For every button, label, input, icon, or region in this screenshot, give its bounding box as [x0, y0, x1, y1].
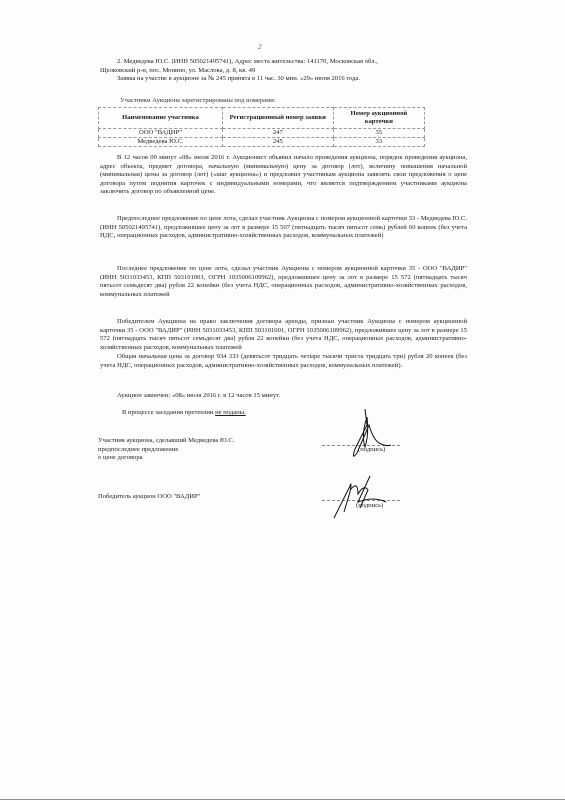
cell-registration-number: 245 [222, 138, 333, 147]
cell-participant-name: ООО "ВАДИР" [99, 129, 223, 138]
claims-label: В процессе заседания претензии [122, 409, 213, 416]
participant-2-address: 2. Медведева Ю.С. (ИНН 505021495741), Ад… [100, 58, 467, 67]
table-header-row: Наименование участника Регистрационный н… [99, 108, 425, 129]
cell-participant-name: Медведева Ю.С. [99, 138, 223, 147]
cell-registration-number: 247 [222, 129, 333, 138]
participant-label-line1: Участник аукциона, сделавший Медведева Ю… [98, 437, 234, 446]
auction-closed-line: Аукцион закончен: «08» июля 2016 г. в 12… [100, 392, 467, 401]
participant-2-address-cont: Щелковский р-н, пос. Монино, ул. Маслова… [100, 67, 467, 76]
winner-signature-label: Победитель аукцион ООО "ВАДИР" [98, 493, 200, 502]
winner-signature-icon [330, 472, 390, 520]
table-row: Медведева Ю.С. 245 33 [99, 138, 425, 147]
registration-table: Наименование участника Регистрационный н… [98, 107, 425, 147]
page-number: 2 [258, 43, 262, 51]
participant-signature-icon [343, 405, 393, 465]
claims-value: не поданы. [215, 409, 246, 416]
participant-2-block: 2. Медведева Ю.С. (ИНН 505021495741), Ад… [100, 58, 467, 84]
participant-2-application: Заявка на участие в аукционе за № 245 пр… [100, 75, 467, 84]
header-participant-name: Наименование участника [99, 108, 223, 129]
participant-label-line3: о цене договора [98, 454, 234, 463]
penultimate-offer-paragraph: Предпоследнее предложение по цене лота, … [100, 215, 467, 241]
participant-label-line2: предпоследнее предложение [98, 446, 234, 455]
initial-price-paragraph: Общая начальная цена за договор 934 333 … [100, 353, 467, 370]
table-row: ООО "ВАДИР" 247 35 [99, 129, 425, 138]
participant-signature-label: Участник аукциона, сделавший Медведева Ю… [98, 437, 234, 463]
header-registration-number: Регистрационный номер заявки [222, 108, 333, 129]
table-caption: Участники Аукциона зарегистрированы под … [120, 97, 276, 104]
cell-card-number: 33 [333, 138, 424, 147]
auction-start-paragraph: В 12 часов 00 минут «08» июля 2016 г. Ау… [100, 154, 467, 197]
winner-paragraph: Победителем Аукциона на право заключения… [100, 318, 467, 352]
header-card-number: Номер аукционной карточки [333, 108, 424, 129]
cell-card-number: 35 [333, 129, 424, 138]
last-offer-paragraph: Последнее предложение по цене лота, сдел… [100, 265, 467, 299]
